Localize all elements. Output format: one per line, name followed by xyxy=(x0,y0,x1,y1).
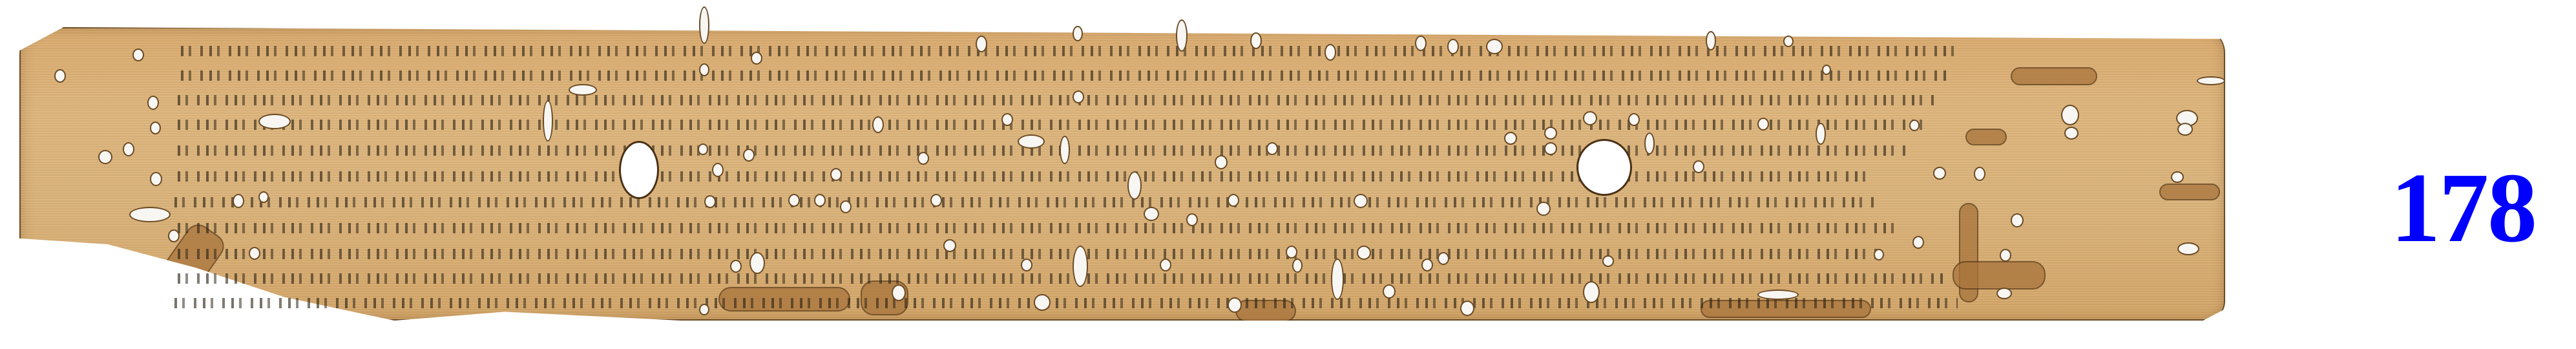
folio-number-text: 178 xyxy=(2391,153,2536,263)
worm-hole xyxy=(1073,26,1083,41)
worm-hole xyxy=(1250,32,1262,49)
manuscript-line: [handwritten Tamil script – line 10] xyxy=(178,271,1948,288)
worm-hole xyxy=(814,194,826,207)
worm-hole xyxy=(2197,76,2225,85)
worm-hole xyxy=(168,229,180,242)
worm-hole xyxy=(1644,132,1655,154)
worm-hole xyxy=(1354,194,1368,208)
worm-hole xyxy=(1504,132,1517,145)
worm-hole xyxy=(788,194,800,207)
worm-hole xyxy=(976,36,987,52)
worm-hole xyxy=(98,150,112,164)
worm-hole xyxy=(1693,160,1704,173)
worm-hole xyxy=(129,207,171,222)
worm-hole xyxy=(1215,155,1228,169)
binding-hole-right xyxy=(1576,139,1632,196)
manuscript-line: [handwritten Tamil script – line 11] xyxy=(174,296,1958,312)
worm-hole xyxy=(543,100,553,142)
manuscript-line: [handwritten Tamil script – line 4] xyxy=(178,118,1922,134)
worm-hole xyxy=(1933,167,1946,180)
worm-hole xyxy=(1583,111,1597,125)
worm-hole xyxy=(1060,136,1070,164)
worm-hole xyxy=(1228,194,1239,207)
worm-hole xyxy=(258,114,291,129)
worm-hole xyxy=(123,142,134,156)
worm-hole xyxy=(698,143,708,155)
worm-hole xyxy=(1073,90,1084,103)
worm-hole xyxy=(1292,259,1303,273)
worm-hole xyxy=(1266,142,1278,155)
leaf-damage-stain xyxy=(1965,129,2007,145)
worm-hole xyxy=(1909,120,1920,131)
worm-hole xyxy=(1438,252,1449,265)
leaf-damage-stain xyxy=(2011,67,2097,85)
worm-hole xyxy=(743,149,755,162)
worm-hole xyxy=(1176,19,1188,52)
worm-hole xyxy=(1357,246,1371,260)
worm-hole xyxy=(2177,123,2193,136)
worm-hole xyxy=(943,239,956,252)
worm-hole xyxy=(1421,259,1433,271)
worm-hole xyxy=(2011,213,2024,227)
worm-hole xyxy=(2171,171,2184,183)
worm-hole xyxy=(872,116,884,133)
worm-hole xyxy=(1331,259,1344,300)
worm-hole xyxy=(1001,113,1013,126)
worm-hole xyxy=(1018,134,1045,149)
worm-hole xyxy=(749,252,765,274)
worm-hole xyxy=(1325,44,1336,61)
leaf-damage-stain xyxy=(2159,184,2220,200)
worm-hole xyxy=(712,163,724,177)
worm-hole xyxy=(1160,259,1171,271)
worm-hole xyxy=(150,172,162,186)
worm-hole xyxy=(1757,290,1799,300)
worm-hole xyxy=(569,84,597,96)
worm-hole xyxy=(1486,39,1503,54)
worm-hole xyxy=(1144,207,1159,221)
worm-hole xyxy=(892,284,906,301)
worm-hole xyxy=(1822,65,1831,75)
worm-hole xyxy=(1602,255,1614,267)
worm-hole xyxy=(258,191,269,203)
worm-hole xyxy=(1447,39,1459,54)
manuscript-line: [handwritten Tamil script – line 1] xyxy=(181,44,1958,60)
worm-hole xyxy=(1034,294,1051,311)
worm-hole xyxy=(830,168,842,181)
worm-hole xyxy=(1073,246,1088,287)
worm-hole xyxy=(54,69,66,83)
folio-number: 178 xyxy=(2391,158,2536,258)
worm-hole xyxy=(1383,284,1396,299)
worm-hole xyxy=(1757,118,1769,131)
worm-hole xyxy=(699,6,709,44)
worm-hole xyxy=(699,63,709,76)
worm-hole xyxy=(1816,123,1826,145)
worm-hole xyxy=(1783,36,1794,47)
worm-hole xyxy=(1583,281,1600,303)
worm-hole xyxy=(147,96,159,110)
worm-hole xyxy=(2000,249,2011,262)
worm-hole xyxy=(1415,36,1427,51)
worm-hole xyxy=(699,304,709,315)
worm-hole xyxy=(840,200,852,213)
manuscript-line: [handwritten Tamil script – line 2] xyxy=(181,69,1951,85)
worm-hole xyxy=(1628,113,1640,126)
worm-hole xyxy=(1286,246,1297,259)
worm-hole xyxy=(704,195,716,208)
worm-hole xyxy=(2064,127,2079,140)
worm-hole xyxy=(249,247,260,260)
manuscript-line: [handwritten Tamil script – line 3] xyxy=(178,93,1935,109)
worm-hole xyxy=(730,260,742,273)
worm-hole xyxy=(1706,31,1716,50)
worm-hole xyxy=(1996,288,2012,299)
worm-hole xyxy=(1974,167,1985,181)
worm-hole xyxy=(1544,127,1557,140)
worm-hole xyxy=(1912,236,1924,249)
worm-hole xyxy=(2061,105,2079,125)
worm-hole xyxy=(132,48,144,61)
worm-hole xyxy=(150,122,161,134)
worm-hole xyxy=(1460,301,1474,316)
worm-hole xyxy=(1228,297,1242,313)
manuscript-line: [handwritten Tamil script – line 8] xyxy=(178,221,1896,237)
worm-hole xyxy=(930,194,942,207)
manuscript-line: [handwritten Tamil script – line 7] xyxy=(174,195,1880,211)
worm-hole xyxy=(233,194,244,208)
worm-hole xyxy=(2177,242,2199,255)
worm-hole xyxy=(917,152,929,165)
worm-hole xyxy=(1544,142,1557,155)
worm-hole xyxy=(1536,202,1551,216)
worm-hole xyxy=(1874,249,1884,260)
worm-hole xyxy=(751,52,762,65)
binding-hole-left xyxy=(619,141,659,199)
leaf-damage-stain xyxy=(1953,261,2046,290)
worm-hole xyxy=(1127,171,1142,200)
worm-hole xyxy=(1021,259,1032,271)
worm-hole xyxy=(1186,213,1198,226)
